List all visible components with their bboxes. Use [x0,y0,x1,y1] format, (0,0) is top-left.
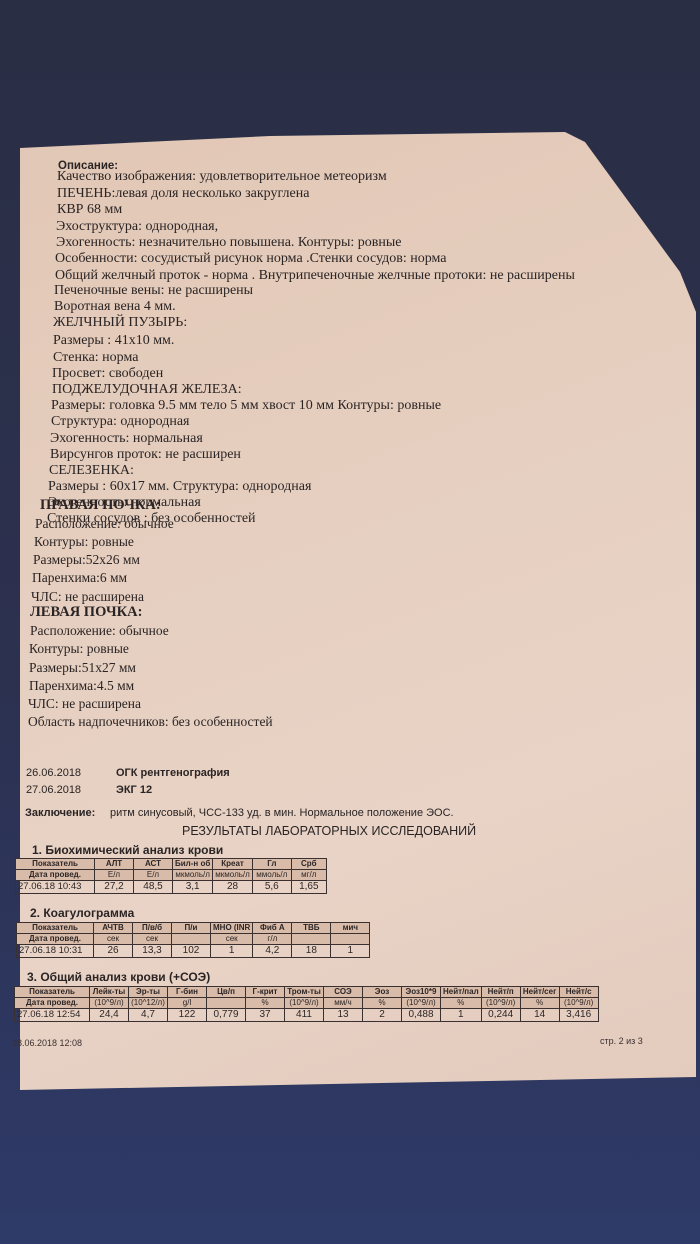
table-cell: П/в/б [133,923,172,934]
description-line: Эхоструктура: однородная, [56,219,218,235]
table-cell: Нейт/сег [520,987,559,998]
table-cell: СОЭ [324,987,363,998]
table-cell: 14 [520,1009,559,1022]
table-cell: сек [211,934,253,945]
table-cell: 411 [285,1009,324,1022]
table-cell: 0,779 [207,1009,246,1022]
table-cell: % [363,998,402,1009]
table-cell: Бил-н об [173,859,213,870]
table-cell: мкмоль/л [173,870,213,881]
table-cell: 24,4 [90,1009,129,1022]
table-cell: Эоз [363,987,402,998]
table-cell: Показатель [16,859,95,870]
footer-page-number: стр. 2 из 3 [600,1036,643,1046]
table-cell: Тром-ты [285,987,324,998]
table-cell: 37 [246,1009,285,1022]
table-cell: Е/л [134,870,173,881]
table-cell: 1 [331,945,370,958]
left-kidney-line: Размеры:51х27 мм [29,660,136,676]
description-line: Качество изображения: удовлетворительное… [57,169,387,185]
description-line: СЕЛЕЗЕНКА: [49,463,134,479]
table-cell: 3,416 [559,1009,598,1022]
table-cell: 4,2 [253,945,292,958]
table-cell: Нейт/п [481,987,520,998]
table-cell: Эоз10*9 [402,987,441,998]
procedure-name: ЭКГ 12 [116,784,152,796]
table-cell: 1 [211,945,253,958]
right-kidney-title: ПРАВАЯ ПОЧКА: [40,497,161,513]
footer-print-date: 28.06.2018 12:08 [12,1038,82,1048]
table-cell: Гл [252,859,291,870]
description-line: Размеры : 41х10 мм. [53,333,174,349]
table-cell: Нейт/пал [441,987,482,998]
table-cell: 2 [363,1009,402,1022]
right-kidney-line: Контуры: ровные [34,534,134,550]
table-cell: 18 [292,945,331,958]
table-cell: 28 [213,881,253,894]
left-kidney-line: ЧЛС: не расширена [28,696,141,712]
table-cell: (10^9/л) [559,998,598,1009]
description-line: Вирсунгов проток: не расширен [50,447,241,463]
table-cell: мич [331,923,370,934]
description-line: Воротная вена 4 мм. [54,299,176,315]
table-cell: 1,65 [291,881,326,894]
left-kidney-title: ЛЕВАЯ ПОЧКА: [30,604,142,620]
right-kidney-line: ЧЛС: не расширена [31,589,144,605]
table-cell: 27.06.18 10:43 [16,881,95,894]
description-line: ЖЕЛЧНЫЙ ПУЗЫРЬ: [53,315,187,331]
table-cell: 0,488 [402,1009,441,1022]
table-cell: (10^12/л) [129,998,168,1009]
lab-results-table: ПоказательЛейк-тыЭр-тыГ-бинЦв/пГ-критТро… [14,986,599,1022]
table-cell: 0,244 [481,1009,520,1022]
table-cell: 48,5 [134,881,173,894]
lab-table-title: 2. Коагулограмма [30,906,134,920]
lab-results-table: ПоказательАЧТВП/в/бП/иМНО (INRФиб АТВБми… [16,922,370,958]
table-cell: 1 [441,1009,482,1022]
table-cell: 4,7 [129,1009,168,1022]
description-line: Особенности: сосудистый рисунок норма .С… [55,251,447,267]
table-cell: (10^9/л) [402,998,441,1009]
table-row: 27.06.18 12:5424,44,71220,779374111320,4… [15,1009,599,1022]
table-cell: % [441,998,482,1009]
left-kidney-line: Область надпочечников: без особенностей [28,714,273,730]
table-cell: 27.06.18 12:54 [15,1009,90,1022]
right-kidney-line: Паренхима:6 мм [32,570,127,586]
left-kidney-line: Расположение: обычное [30,623,169,639]
table-cell: Г-бин [168,987,207,998]
table-cell: 122 [168,1009,207,1022]
table-cell: Дата провед. [15,998,90,1009]
table-units-row: Дата провед.Е/лЕ/лмкмоль/лмкмоль/лммоль/… [16,870,327,881]
description-line: КВР 68 мм [57,202,122,218]
table-header-row: ПоказательЛейк-тыЭр-тыГ-бинЦв/пГ-критТро… [15,987,599,998]
conclusion-text: ритм синусовый, ЧСС-133 уд. в мин. Норма… [110,807,454,819]
table-cell: 3,1 [173,881,213,894]
description-line: Общий желчный проток - норма . Внутрипеч… [55,268,575,284]
table-cell: Г-крит [246,987,285,998]
procedure-name: ОГК рентгенография [116,767,230,779]
table-cell: Показатель [15,987,90,998]
left-kidney-line: Паренхима:4.5 мм [29,678,134,694]
table-cell: г/л [253,934,292,945]
lab-results-title: РЕЗУЛЬТАТЫ ЛАБОРАТОРНЫХ ИССЛЕДОВАНИЙ [182,824,476,838]
procedure-date: 27.06.2018 [26,784,81,796]
table-cell: 27,2 [95,881,134,894]
description-line: Структура: однородная [51,414,190,430]
table-row: 27.06.18 10:4327,248,53,1285,61,65 [16,881,327,894]
table-cell: Креат [213,859,253,870]
table-cell [207,998,246,1009]
table-cell: ТВБ [292,923,331,934]
table-units-row: Дата провед.(10^9/л)(10^12/л)g/l%(10^9/л… [15,998,599,1009]
table-cell: мм/ч [324,998,363,1009]
table-cell: мкмоль/л [213,870,253,881]
table-cell: Нейт/с [559,987,598,998]
description-line: Стенка: норма [53,350,138,366]
description-line: Размеры: головка 9.5 мм тело 5 мм хвост … [51,398,441,414]
right-kidney-line: Расположение: обычное [35,516,174,532]
table-cell: Эр-ты [129,987,168,998]
table-header-row: ПоказательАЛТАСТБил-н обКреатГлСрб [16,859,327,870]
table-cell: Цв/п [207,987,246,998]
table-row: 27.06.18 10:312613,310214,2181 [17,945,370,958]
description-line: Просвет: свободен [52,366,163,382]
table-cell [292,934,331,945]
table-cell: 13 [324,1009,363,1022]
description-line: Размеры : 60х17 мм. Структура: однородна… [48,479,311,495]
table-cell: 13,3 [133,945,172,958]
table-cell: Дата провед. [16,870,95,881]
table-cell: МНО (INR [211,923,253,934]
table-cell: Показатель [17,923,94,934]
table-cell: Фиб А [253,923,292,934]
description-line: ПОДЖЕЛУДОЧНАЯ ЖЕЛЕЗА: [52,382,242,398]
lab-table-title: 1. Биохимический анализ крови [32,843,223,857]
table-cell: 26 [94,945,133,958]
table-cell: мг/л [291,870,326,881]
table-cell: % [246,998,285,1009]
table-cell: (10^9/л) [481,998,520,1009]
table-cell: 102 [172,945,211,958]
table-cell: (10^9/л) [285,998,324,1009]
description-line: Эхогенность: нормальная [50,431,203,447]
table-cell: П/и [172,923,211,934]
table-cell: ммоль/л [252,870,291,881]
right-kidney-line: Размеры:52х26 мм [33,552,140,568]
table-cell: Дата провед. [17,934,94,945]
procedure-date: 26.06.2018 [26,767,81,779]
table-cell [172,934,211,945]
table-units-row: Дата провед.сексексекг/л [17,934,370,945]
table-cell: Лейк-ты [90,987,129,998]
description-line: ПЕЧЕНЬ:левая доля несколько закруглена [57,186,309,202]
table-cell: сек [94,934,133,945]
table-cell: АЧТВ [94,923,133,934]
description-line: Эхогенность: незначительно повышена. Кон… [56,235,402,251]
table-header-row: ПоказательАЧТВП/в/бП/иМНО (INRФиб АТВБми… [17,923,370,934]
table-cell: Е/л [95,870,134,881]
conclusion-label: Заключение: [25,807,95,819]
table-cell: АСТ [134,859,173,870]
table-cell: (10^9/л) [90,998,129,1009]
table-cell: g/l [168,998,207,1009]
lab-results-table: ПоказательАЛТАСТБил-н обКреатГлСрбДата п… [15,858,327,894]
table-cell: АЛТ [95,859,134,870]
lab-table-title: 3. Общий анализ крови (+СОЭ) [27,970,210,984]
table-cell: сек [133,934,172,945]
table-cell [331,934,370,945]
table-cell: 5,6 [252,881,291,894]
table-cell: Срб [291,859,326,870]
table-cell: % [520,998,559,1009]
left-kidney-line: Контуры: ровные [29,641,129,657]
table-cell: 27.06.18 10:31 [17,945,94,958]
description-line: Печеночные вены: не расширены [54,283,253,299]
